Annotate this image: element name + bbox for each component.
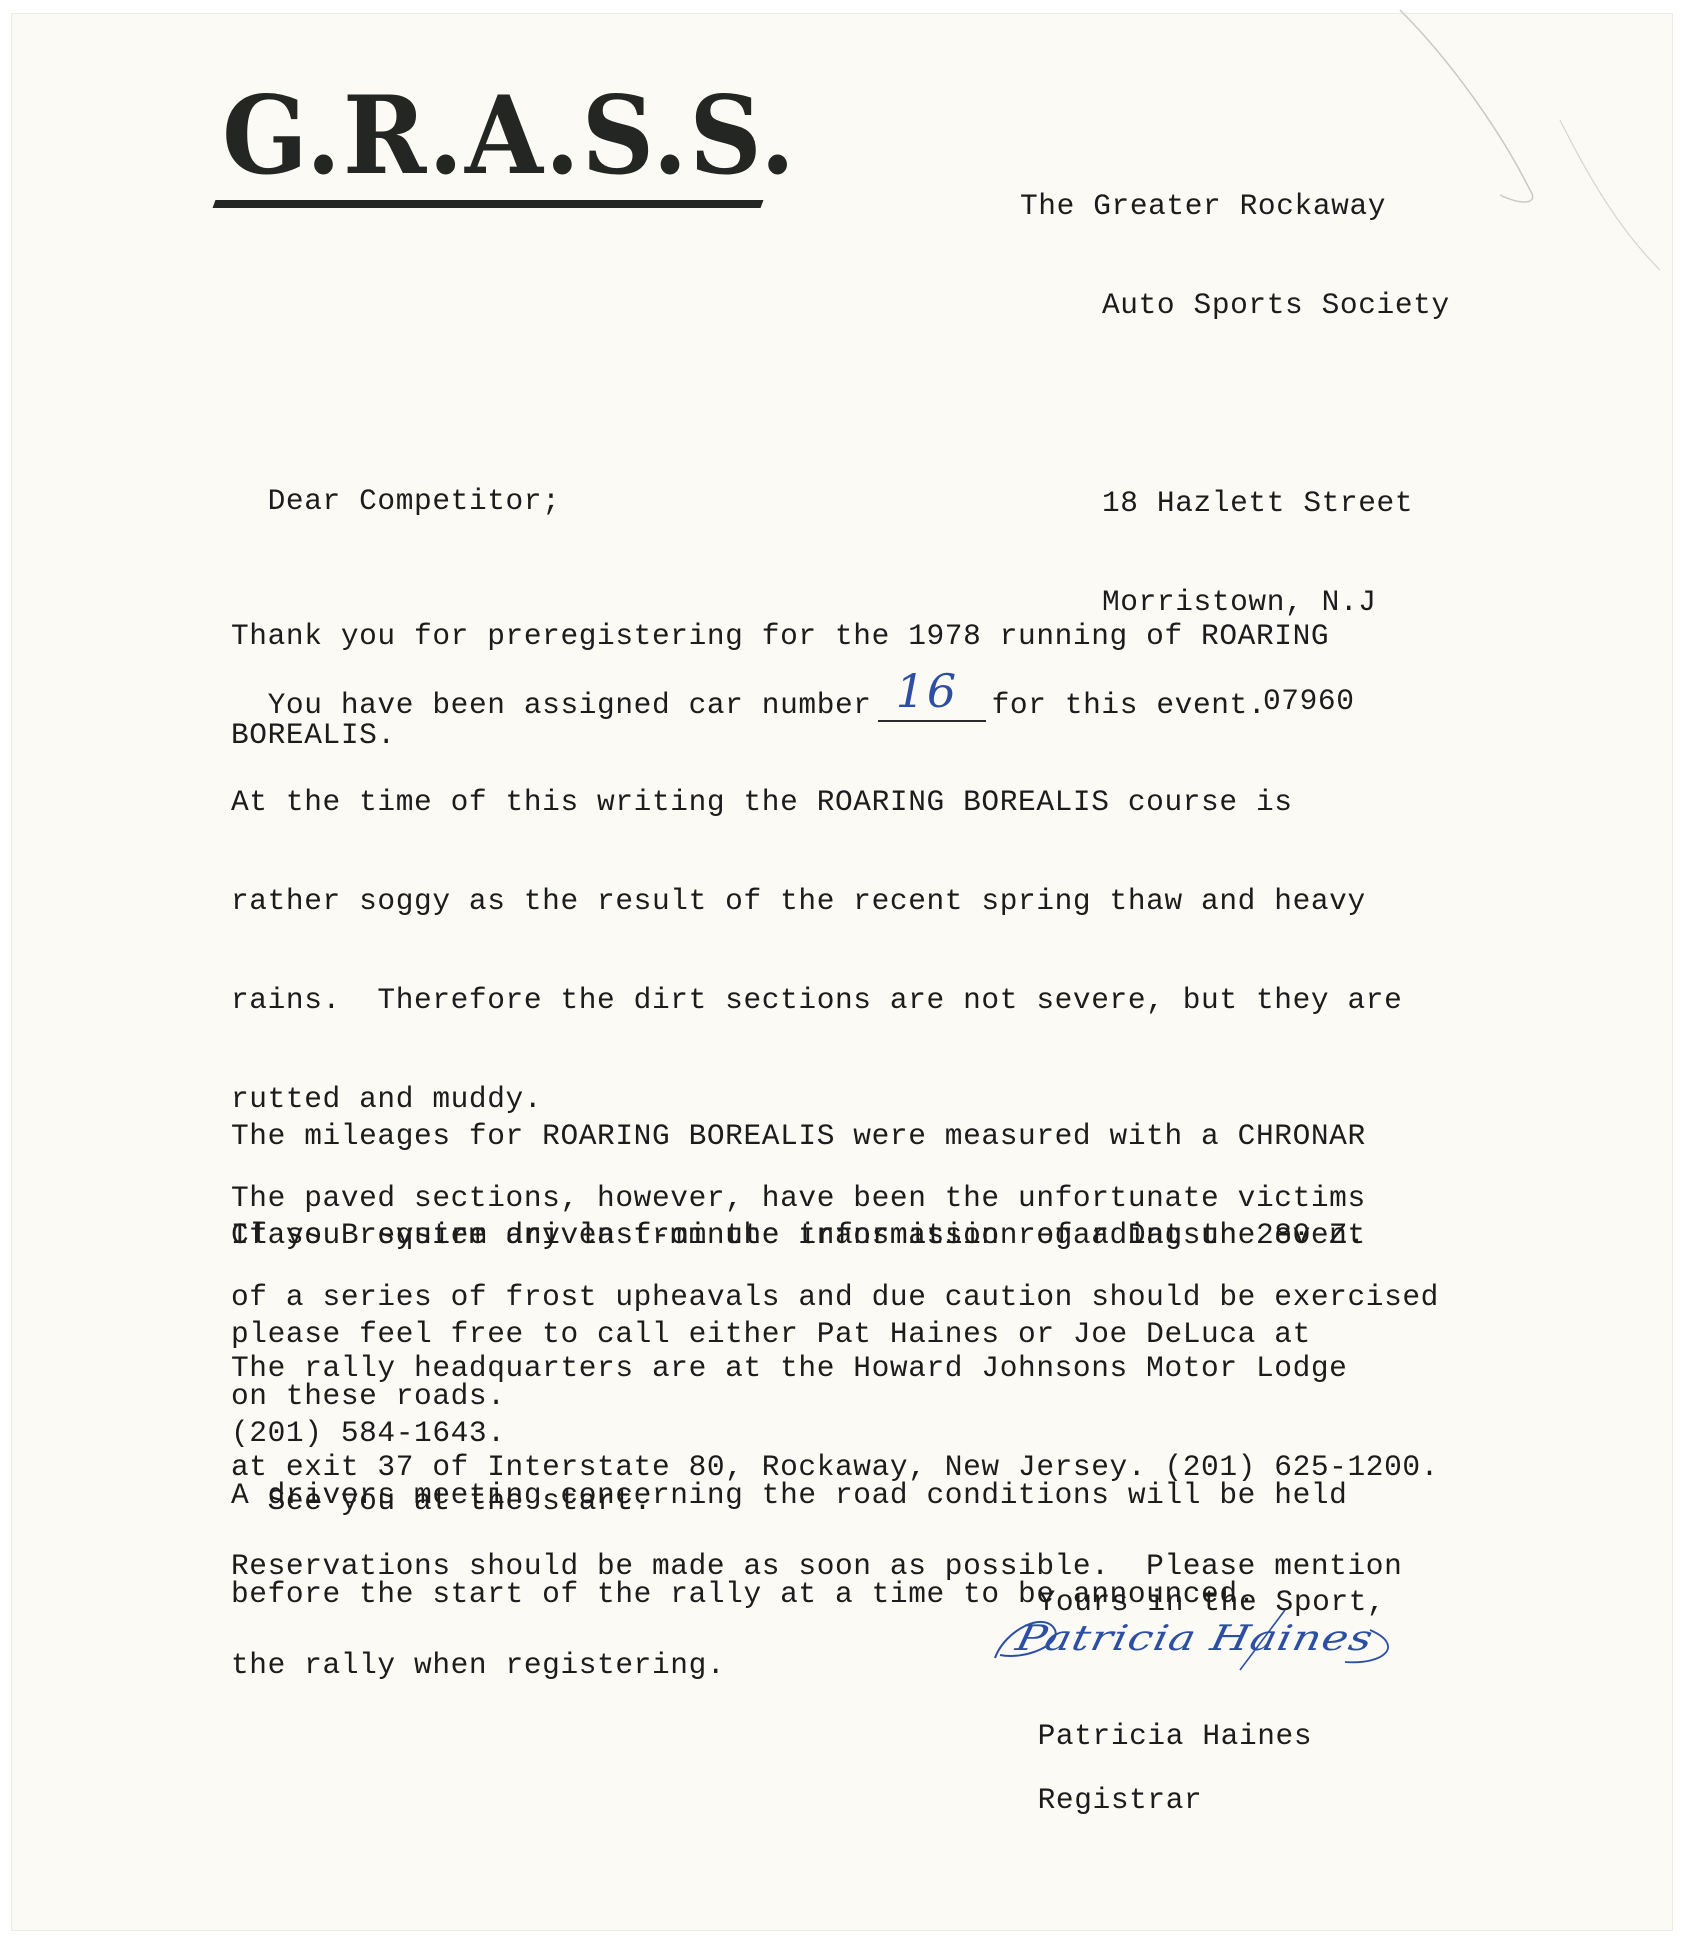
paragraph-line: rains. Therefore the dirt sections are n… — [231, 984, 1439, 1017]
paragraph-line: If you require any last-minute informati… — [231, 1219, 1366, 1252]
signature-text: Patricia Haines — [1012, 1618, 1377, 1659]
signer-name-text: Patricia Haines — [1038, 1719, 1313, 1753]
signer-name: Patricia Haines — [1001, 1687, 1312, 1753]
org-name-line1: The Greater Rockaway — [1020, 190, 1450, 223]
paragraph-line: The mileages for ROARING BOREALIS were m… — [231, 1120, 1366, 1153]
address-street: 18 Hazlett Street — [1020, 487, 1450, 520]
paragraph-line: Thank you for preregistering for the 197… — [231, 620, 1329, 653]
paragraph-line: rather soggy as the result of the recent… — [231, 885, 1439, 918]
sign-off: See you at the start. — [231, 1452, 652, 1518]
paragraph-line: At the time of this writing the ROARING … — [231, 786, 1439, 819]
handwritten-signature: Patricia Haines — [985, 1600, 1405, 1680]
salutation-text: Dear Competitor; — [268, 484, 561, 518]
signer-title-text: Registrar — [1038, 1783, 1203, 1817]
car-assignment-after: for this event. — [992, 688, 1267, 722]
logo-underline — [213, 200, 764, 208]
salutation: Dear Competitor; — [231, 452, 560, 518]
car-number-handwritten: 16 — [896, 675, 959, 708]
paragraph-line: The rally headquarters are at the Howard… — [231, 1352, 1439, 1385]
car-number-field: 16 — [878, 687, 986, 722]
car-assignment: You have been assigned car number16for t… — [231, 654, 1266, 722]
car-assignment-before: You have been assigned car number — [268, 688, 872, 722]
signer-title: Registrar — [1001, 1751, 1202, 1817]
logo-text: G.R.A.S.S. — [222, 82, 797, 190]
grass-logo: G.R.A.S.S. — [222, 82, 762, 212]
sign-off-text: See you at the start. — [268, 1484, 652, 1518]
org-name-line2: Auto Sports Society — [1020, 289, 1450, 322]
